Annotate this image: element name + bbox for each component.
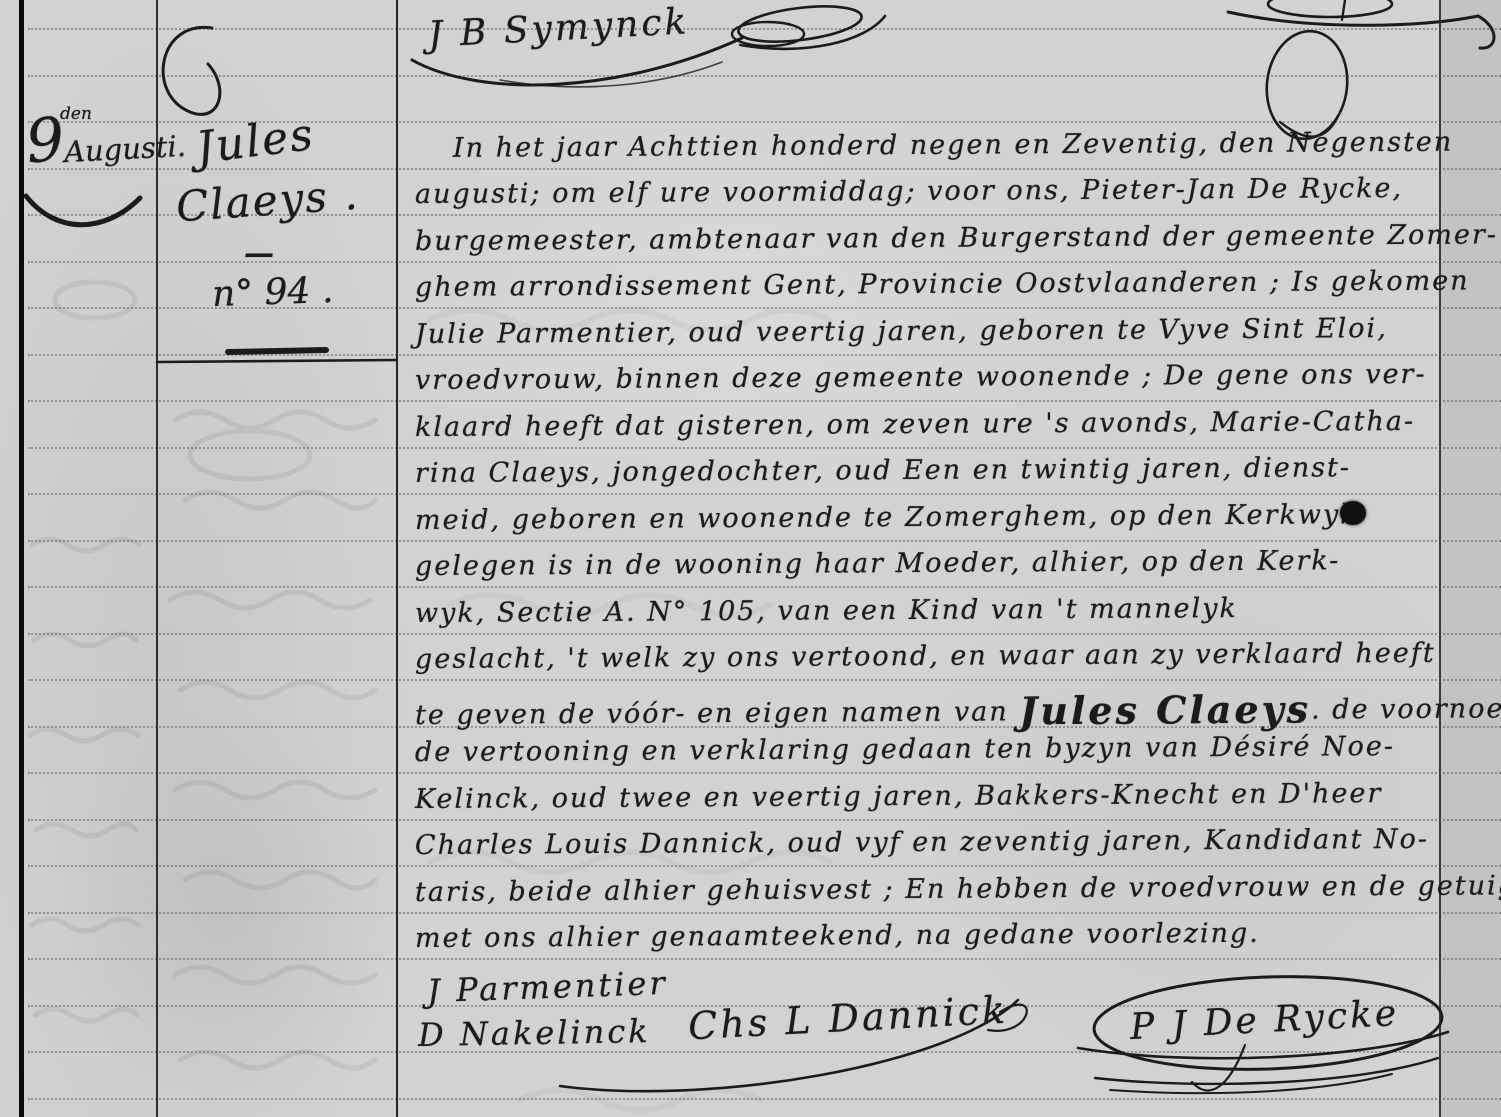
act-line: meid, geboren en woonende te Zomerghem, … [415, 499, 1359, 536]
registered-child-name: Jules Claeys [1019, 687, 1311, 734]
act-name-suffix: . de voornoem- [1311, 693, 1501, 725]
rule-line [28, 1098, 1501, 1100]
margin-entry-last-name: Claeys . [175, 170, 361, 232]
act-line: vroedvrouw, binnen deze gemeente woonend… [415, 359, 1427, 396]
rule-line [28, 912, 1501, 914]
rule-line [28, 540, 1501, 542]
rule-line [28, 679, 1501, 681]
margin-entry-first-name: Jules [193, 109, 317, 174]
rule-line [28, 633, 1501, 635]
act-line: In het jaar Achttien honderd negen en Ze… [415, 127, 1453, 164]
rule-line [28, 447, 1501, 449]
rule-line [28, 354, 1501, 356]
page-edge-shadow [1441, 0, 1501, 1117]
rule-line [28, 28, 1501, 30]
margin-entry-dash: — [244, 236, 274, 271]
ink-blot [1340, 501, 1366, 525]
act-line: taris, beide alhier gehuisvest ; En hebb… [415, 870, 1501, 908]
act-line: rina Claeys, jongedochter, oud Een en tw… [415, 452, 1351, 489]
rule-line [28, 772, 1501, 774]
rule-line [28, 400, 1501, 402]
act-line: met ons alhier genaamteekend, na gedane … [415, 918, 1260, 954]
act-line: Kelinck, oud twee en veertig jaren, Bakk… [415, 778, 1383, 815]
register-scan-page: 9 den Augusti. Jules Claeys . — n° 94 . … [0, 0, 1501, 1117]
rule-line [28, 493, 1501, 495]
rule-line [28, 958, 1501, 960]
act-line: klaard heeft dat gisteren, om zeven ure … [415, 406, 1415, 443]
margin-date-month: Augusti. [63, 129, 187, 169]
act-line: Julie Parmentier, oud veertig jaren, geb… [415, 313, 1388, 350]
act-line: wyk, Sectie A. N° 105, van een Kind van … [415, 593, 1238, 629]
margin-entry-number: n° 94 . [211, 270, 334, 315]
paper-shading [60, 700, 400, 1117]
act-line: Charles Louis Dannick, oud vyf en zevent… [415, 824, 1429, 861]
header-signature: J B Symynck [427, 1, 690, 56]
act-line: gelegen is in de wooning haar Moeder, al… [415, 545, 1341, 582]
margin-date-day-suffix: den [60, 104, 92, 124]
act-line: geslacht, 't welk zy ons vertoond, en wa… [415, 638, 1436, 675]
rule-line [28, 865, 1501, 867]
rule-line [28, 75, 1501, 77]
rule-line [28, 586, 1501, 588]
column-divider-1 [156, 0, 158, 1117]
act-line: de vertooning en verklaring gedaan ten b… [415, 731, 1395, 768]
rule-line [28, 1051, 1501, 1053]
signature-witness-parmentier: J Parmentier [426, 964, 668, 1010]
act-line: augusti; om elf ure voormiddag; voor ons… [415, 173, 1403, 210]
signature-officer-derycke: P J De Rycke [1129, 993, 1400, 1048]
page-binding-edge-line [19, 0, 24, 1117]
act-line-with-name: te geven de vóór- en eigen namen van Jul… [415, 681, 1501, 733]
signature-witness-nakelinck: D Nakelinck [418, 1012, 651, 1054]
column-divider-2 [396, 0, 398, 1117]
act-name-prefix: te geven de vóór- en eigen namen van [415, 696, 1019, 731]
signature-witness-dannick: Chs L Dannick [687, 988, 1009, 1049]
act-line: ghem arrondissement Gent, Provincie Oost… [415, 266, 1470, 303]
act-line: burgemeester, ambtenaar van den Burgerst… [415, 219, 1498, 257]
rule-line [28, 819, 1501, 821]
